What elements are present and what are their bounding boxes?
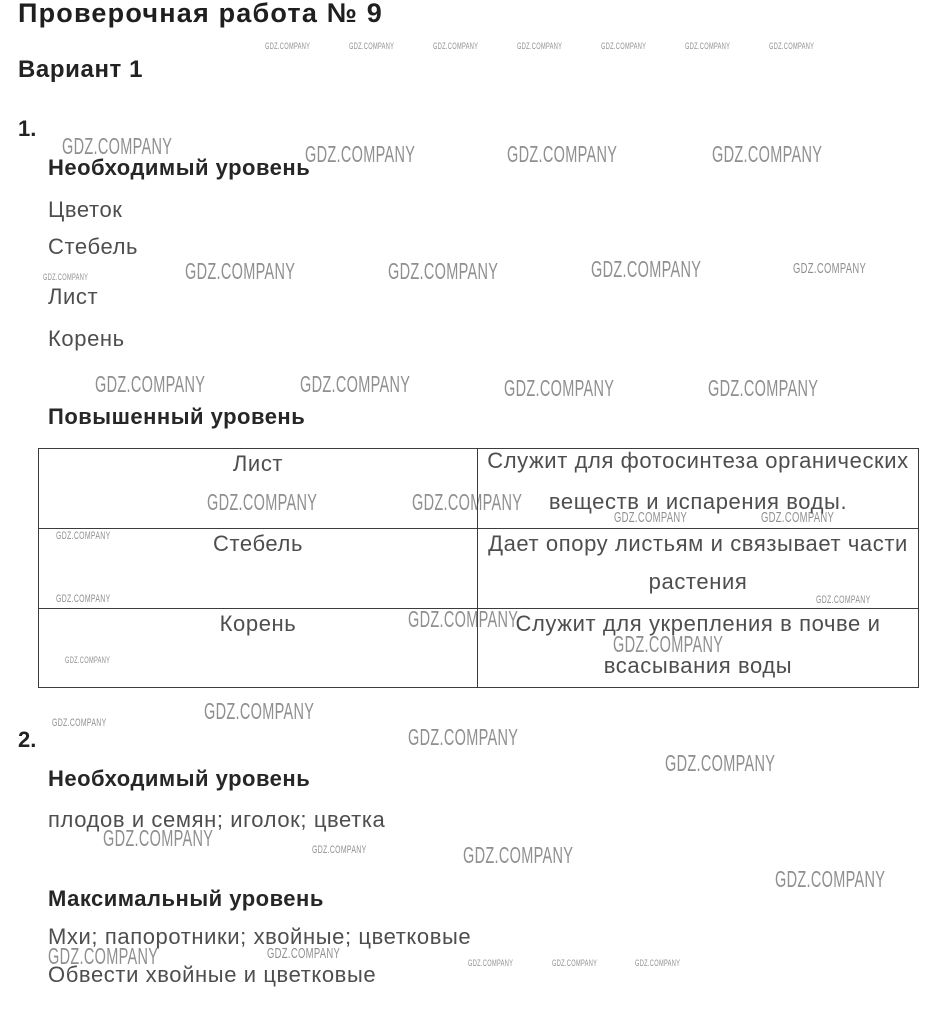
task1-required-level-heading: Необходимый уровень xyxy=(48,157,310,179)
watermark-text: GDZ.COMPANY xyxy=(463,844,573,867)
table-definition-leaf-line1: Служит для фотосинтеза органических xyxy=(478,450,918,472)
answer-item-stem: Стебель xyxy=(48,236,138,258)
watermark-text: GDZ.COMPANY xyxy=(204,700,314,723)
watermark-text: GDZ.COMPANY xyxy=(349,42,394,51)
task2-max-answer-line1: Мхи; папоротники; хвойные; цветковые xyxy=(48,926,471,948)
watermark-text: GDZ.COMPANY xyxy=(408,726,518,749)
table-term-leaf: Лист xyxy=(39,453,477,475)
watermark-text: GDZ.COMPANY xyxy=(601,42,646,51)
worksheet-page: GDZ.COMPANYGDZ.COMPANYGDZ.COMPANYGDZ.COM… xyxy=(0,0,929,1013)
watermark-text: GDZ.COMPANY xyxy=(52,718,107,729)
watermark-text: GDZ.COMPANY xyxy=(305,143,415,166)
watermark-text: GDZ.COMPANY xyxy=(793,261,866,276)
task1-number: 1. xyxy=(18,118,36,140)
table-definition-root-line1: Служит для укрепления в почве и xyxy=(478,613,918,635)
page-title: Проверочная работа № 9 xyxy=(18,0,383,27)
task2-max-answer-line2: Обвести хвойные и цветковые xyxy=(48,964,376,986)
answer-item-flower: Цветок xyxy=(48,199,123,221)
table-row-divider xyxy=(39,528,918,529)
watermark-text: GDZ.COMPANY xyxy=(775,868,885,891)
table-definition-root-line2: всасывания воды xyxy=(478,655,918,677)
watermark-text: GDZ.COMPANY xyxy=(504,377,614,400)
watermark-text: GDZ.COMPANY xyxy=(95,373,205,396)
watermark-text: GDZ.COMPANY xyxy=(712,143,822,166)
task2-max-level-heading: Максимальный уровень xyxy=(48,888,324,910)
watermark-text: GDZ.COMPANY xyxy=(635,959,680,968)
watermark-text: GDZ.COMPANY xyxy=(388,260,498,283)
watermark-text: GDZ.COMPANY xyxy=(433,42,478,51)
answer-item-leaf: Лист xyxy=(48,286,98,308)
watermark-text: GDZ.COMPANY xyxy=(265,42,310,51)
table-column-divider xyxy=(477,449,478,687)
watermark-text: GDZ.COMPANY xyxy=(708,377,818,400)
watermark-text: GDZ.COMPANY xyxy=(552,959,597,968)
table-definition-stem-line1: Дает опору листьям и связывает части xyxy=(478,533,918,555)
watermark-text: GDZ.COMPANY xyxy=(591,258,701,281)
table-term-root: Корень xyxy=(39,613,477,635)
table-row-divider xyxy=(39,608,918,609)
watermark-text: GDZ.COMPANY xyxy=(665,752,775,775)
watermark-text: GDZ.COMPANY xyxy=(769,42,814,51)
table-definition-leaf-line2: веществ и испарения воды. xyxy=(478,491,918,513)
watermark-text: GDZ.COMPANY xyxy=(43,273,88,282)
watermark-text: GDZ.COMPANY xyxy=(300,373,410,396)
table-term-stem: Стебель xyxy=(39,533,477,555)
variant-label: Вариант 1 xyxy=(18,58,143,82)
table-definition-stem-line2: растения xyxy=(478,571,918,593)
task2-number: 2. xyxy=(18,729,36,751)
watermark-text: GDZ.COMPANY xyxy=(468,959,513,968)
watermark-text: GDZ.COMPANY xyxy=(685,42,730,51)
watermark-text: GDZ.COMPANY xyxy=(312,845,367,856)
answer-item-root: Корень xyxy=(48,328,125,350)
watermark-text: GDZ.COMPANY xyxy=(185,260,295,283)
answers-table: Лист Служит для фотосинтеза органических… xyxy=(38,448,919,688)
task2-required-level-heading: Необходимый уровень xyxy=(48,768,310,790)
watermark-text: GDZ.COMPANY xyxy=(517,42,562,51)
task2-required-answer: плодов и семян; иголок; цветка xyxy=(48,809,385,831)
task1-advanced-level-heading: Повышенный уровень xyxy=(48,406,305,428)
watermark-text: GDZ.COMPANY xyxy=(507,143,617,166)
